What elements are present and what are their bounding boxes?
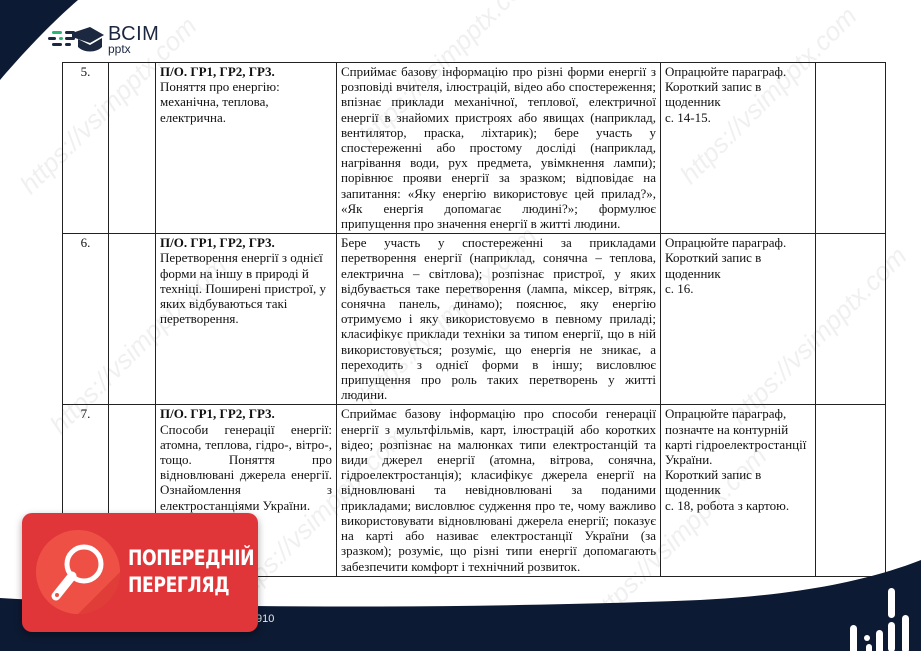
preview-line-2: ПЕРЕГЛЯД bbox=[128, 572, 254, 599]
footer-code: 910 bbox=[256, 613, 274, 625]
magnifier-icon bbox=[36, 530, 120, 614]
homework-cell: Опрацюйте параграф. Короткий запис в щод… bbox=[661, 63, 816, 234]
homework-line: позначте на контурній bbox=[665, 422, 811, 437]
homework-line: карті гідроелектростанції bbox=[665, 437, 811, 452]
brand-name: ВСІМ bbox=[108, 24, 159, 44]
homework-line: Опрацюйте параграф. bbox=[665, 64, 811, 79]
outcomes-cell: Сприймає базову інформацію про способи г… bbox=[337, 405, 661, 576]
homework-line: с. 16. bbox=[665, 281, 811, 296]
hours-cell bbox=[109, 63, 156, 234]
homework-line: с. 14-15. bbox=[665, 110, 811, 125]
topic-groups: П/О. ГР1, ГР2, ГР3. bbox=[160, 406, 275, 421]
topic-text: Перетворення енергії з однієї форми на і… bbox=[160, 250, 326, 326]
topic-cell: П/О. ГР1, ГР2, ГР3. Перетворення енергії… bbox=[156, 234, 337, 405]
lesson-plan-table: 5. П/О. ГР1, ГР2, ГР3. Поняття про енерг… bbox=[62, 62, 886, 577]
homework-line: с. 18, робота з картою. bbox=[665, 498, 811, 513]
topic-text: Поняття про енергію: механічна, теплова,… bbox=[160, 79, 280, 124]
homework-line: Короткий запис в bbox=[665, 467, 811, 482]
notes-cell bbox=[816, 405, 886, 576]
lesson-number: 6. bbox=[63, 234, 109, 405]
notes-cell bbox=[816, 234, 886, 405]
homework-line: щоденник bbox=[665, 266, 811, 281]
graduation-cap-icon bbox=[48, 25, 104, 55]
topic-groups: П/О. ГР1, ГР2, ГР3. bbox=[160, 64, 275, 79]
homework-cell: Опрацюйте параграф, позначте на контурні… bbox=[661, 405, 816, 576]
homework-line: щоденник bbox=[665, 482, 811, 497]
homework-line: України. bbox=[665, 452, 811, 467]
homework-line: Короткий запис в bbox=[665, 250, 811, 265]
notes-cell bbox=[816, 63, 886, 234]
topic-groups: П/О. ГР1, ГР2, ГР3. bbox=[160, 235, 275, 250]
preview-line-1: ПОПЕРЕДНІЙ bbox=[128, 545, 254, 572]
homework-cell: Опрацюйте параграф. Короткий запис в щод… bbox=[661, 234, 816, 405]
table-row: 6. П/О. ГР1, ГР2, ГР3. Перетворення енер… bbox=[63, 234, 886, 405]
outcomes-cell: Бере участь у спостереженні за прикладам… bbox=[337, 234, 661, 405]
homework-line: щоденник bbox=[665, 94, 811, 109]
homework-line: Опрацюйте параграф, bbox=[665, 406, 811, 421]
outcomes-cell: Сприймає базову інформацію про різні фор… bbox=[337, 63, 661, 234]
homework-line: Опрацюйте параграф. bbox=[665, 235, 811, 250]
homework-line: Короткий запис в bbox=[665, 79, 811, 94]
table-row: 5. П/О. ГР1, ГР2, ГР3. Поняття про енерг… bbox=[63, 63, 886, 234]
lesson-number: 5. bbox=[63, 63, 109, 234]
topic-cell: П/О. ГР1, ГР2, ГР3. Поняття про енергію:… bbox=[156, 63, 337, 234]
topic-text: Способи генерації енергії: атомна, тепло… bbox=[160, 422, 332, 513]
brand-logo[interactable]: ВСІМ pptx bbox=[48, 24, 159, 55]
preview-label: ПОПЕРЕДНІЙ ПЕРЕГЛЯД bbox=[128, 545, 254, 599]
preview-button[interactable]: ПОПЕРЕДНІЙ ПЕРЕГЛЯД bbox=[22, 513, 258, 632]
hours-cell bbox=[109, 234, 156, 405]
